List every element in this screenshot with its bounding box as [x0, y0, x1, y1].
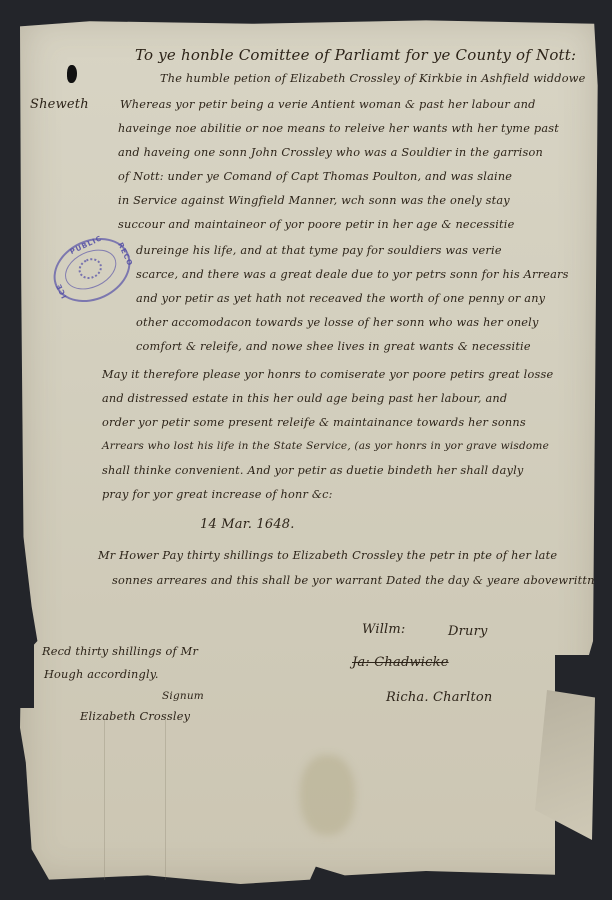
signature: Richa. Charlton — [386, 690, 492, 705]
body-line: haveinge noe abilitie or noe means to re… — [118, 122, 559, 135]
body-line: other accomodacon towards ye losse of he… — [136, 316, 539, 329]
prayer-line: Arrears who lost his life in the State S… — [102, 440, 549, 452]
body-line: and yor petir as yet hath not receaved t… — [136, 292, 545, 305]
order-date: 14 Mar. 1648. — [200, 517, 295, 532]
body-line: scarce, and there was a great deale due … — [136, 268, 569, 281]
order-line: Mr Hower Pay thirty shillings to Elizabe… — [98, 549, 557, 562]
prayer-line: May it therefore please yor honrs to com… — [102, 368, 553, 381]
body-line: comfort & releife, and nowe shee lives i… — [136, 340, 531, 353]
fold-crease — [104, 720, 105, 880]
body-line: and haveing one sonn John Crossley who w… — [118, 146, 543, 159]
receipt-line: Hough accordingly. — [44, 668, 159, 681]
margin-note: Sheweth — [30, 97, 89, 112]
signature-struck: Ja: Chadwicke — [352, 655, 449, 670]
signature: Willm: — [362, 622, 406, 637]
petition-subheading: The humble petion of Elizabeth Crossley … — [160, 72, 586, 85]
receipt-line: Recd thirty shillings of Mr — [42, 645, 198, 658]
receipt-line: Signum — [162, 690, 204, 702]
signature: Drury — [448, 624, 488, 639]
fold-crease — [165, 720, 166, 880]
body-line: dureinge his life, and at that tyme pay … — [136, 244, 502, 257]
receipt-signature: Elizabeth Crossley — [80, 710, 190, 723]
torn-edge — [20, 628, 34, 708]
petition-heading: To ye honble Comittee of Parliamt for ye… — [135, 46, 576, 64]
order-line: sonnes arreares and this shall be yor wa… — [112, 574, 595, 587]
prayer-line: and distressed estate in this her ould a… — [102, 392, 507, 405]
body-line: of Nott: under ye Comand of Capt Thomas … — [118, 170, 512, 183]
body-line: in Service against Wingfield Manner, wch… — [118, 194, 510, 207]
prayer-line: shall thinke convenient. And yor petir a… — [102, 464, 524, 477]
prayer-line: order yor petir some present releife & m… — [102, 416, 526, 429]
water-stain — [300, 755, 355, 835]
body-line: Whereas yor petir being a verie Antient … — [120, 98, 536, 111]
prayer-line: pray for yor great increase of honr &c: — [102, 488, 333, 501]
body-line: succour and maintaineor of yor poore pet… — [118, 218, 514, 231]
